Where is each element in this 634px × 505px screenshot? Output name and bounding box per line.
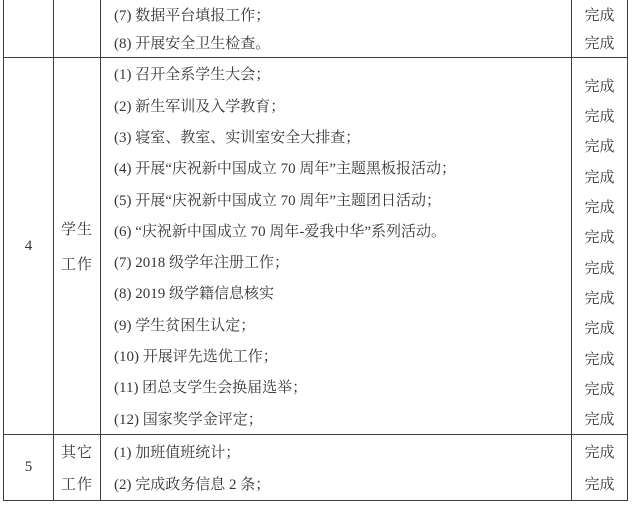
- status-label: 完成: [584, 0, 614, 29]
- row-category: 学生工作: [54, 58, 101, 434]
- status-label: 完成: [584, 404, 614, 434]
- task-list: (7) 数据平台填报工作；(8) 开展安全卫生检查。: [101, 0, 572, 57]
- task-item: (9) 学生贫困生认定；: [114, 309, 571, 340]
- status-label: 完成: [584, 161, 614, 191]
- task-item: (7) 2018 级学年注册工作；: [114, 246, 571, 277]
- category-text: 工作: [61, 246, 93, 281]
- task-list: (1) 召开全系学生大会；(2) 新生军训及入学教育；(3) 寝室、教室、实训室…: [101, 58, 572, 434]
- status-label: 完成: [584, 373, 614, 403]
- status-column: 完成完成完成完成完成完成完成完成完成完成完成完成: [572, 58, 627, 434]
- category-text: 其它: [61, 435, 93, 468]
- task-item: (8) 2019 级学籍信息核实: [114, 277, 571, 308]
- status-label: 完成: [584, 282, 614, 312]
- task-item: (11) 团总支学生会换届选举；: [114, 371, 571, 402]
- status-label: 完成: [584, 70, 614, 100]
- work-report-table: (7) 数据平台填报工作；(8) 开展安全卫生检查。完成完成4学生工作(1) 召…: [3, 0, 628, 501]
- status-column: 完成完成: [572, 435, 627, 500]
- category-text: 学生: [61, 211, 93, 246]
- task-item: (6) “庆祝新中国成立 70 周年-爱我中华”系列活动。: [114, 215, 571, 246]
- row-number: 5: [4, 435, 54, 500]
- status-label: 完成: [584, 191, 614, 221]
- row-number: [4, 0, 54, 57]
- status-label: 完成: [584, 343, 614, 373]
- task-item: (3) 寝室、教室、实训室安全大排查；: [114, 121, 571, 152]
- task-item: (5) 开展“庆祝新中国成立 70 周年”主题团日活动；: [114, 183, 571, 214]
- status-label: 完成: [584, 100, 614, 130]
- task-item: (7) 数据平台填报工作；: [114, 0, 571, 29]
- task-item: (10) 开展评先选优工作；: [114, 340, 571, 371]
- task-item: (1) 召开全系学生大会；: [114, 58, 571, 89]
- row-number: 4: [4, 58, 54, 434]
- status-label: 完成: [584, 435, 614, 468]
- task-item: (2) 新生军训及入学教育；: [114, 89, 571, 120]
- document-page: (7) 数据平台填报工作；(8) 开展安全卫生检查。完成完成4学生工作(1) 召…: [0, 0, 634, 505]
- status-label: 完成: [584, 222, 614, 252]
- task-item: (2) 完成政务信息 2 条；: [114, 468, 571, 501]
- task-item: (1) 加班值班统计；: [114, 435, 571, 468]
- status-label: 完成: [584, 468, 614, 501]
- row-category: 其它工作: [54, 435, 101, 500]
- status-label: 完成: [584, 252, 614, 282]
- status-label: 完成: [584, 131, 614, 161]
- status-column: 完成完成: [572, 0, 627, 57]
- status-label: 完成: [584, 313, 614, 343]
- task-list: (1) 加班值班统计；(2) 完成政务信息 2 条；: [101, 435, 572, 500]
- table-row-group: 5其它工作(1) 加班值班统计；(2) 完成政务信息 2 条；完成完成: [4, 434, 627, 500]
- row-category: [54, 0, 101, 57]
- status-label: 完成: [584, 29, 614, 58]
- category-text: 工作: [61, 468, 93, 501]
- task-item: (12) 国家奖学金评定；: [114, 403, 571, 434]
- task-item: (8) 开展安全卫生检查。: [114, 29, 571, 58]
- table-row-group: (7) 数据平台填报工作；(8) 开展安全卫生检查。完成完成: [4, 0, 627, 57]
- task-item: (4) 开展“庆祝新中国成立 70 周年”主题黑板报活动；: [114, 152, 571, 183]
- table-row-group: 4学生工作(1) 召开全系学生大会；(2) 新生军训及入学教育；(3) 寝室、教…: [4, 57, 627, 434]
